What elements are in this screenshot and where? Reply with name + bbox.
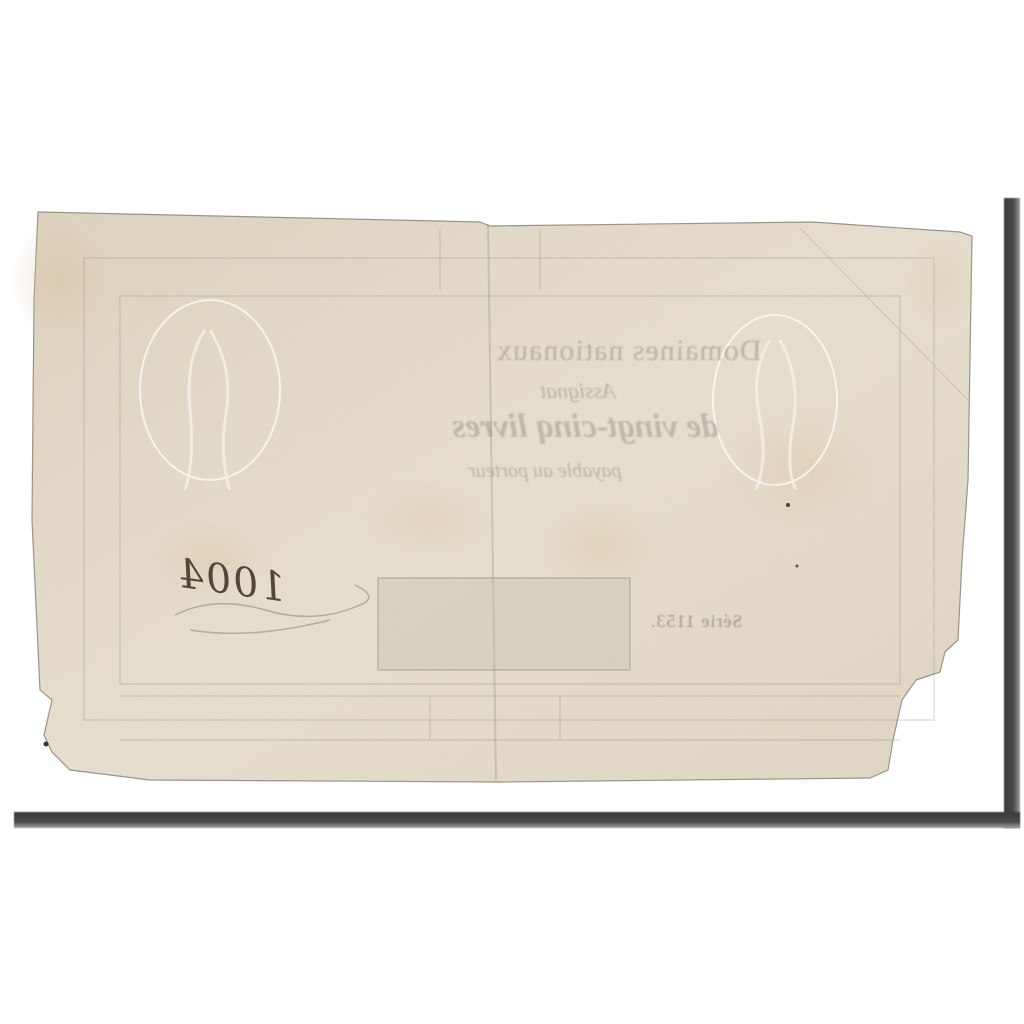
showthrough-line-assignat: Assignat <box>540 378 616 404</box>
showthrough-line-value: de vingt-cinq livres <box>452 408 718 446</box>
showthrough-line-domaines: Domaines nationaux <box>496 334 761 368</box>
series-number: Série 1153. <box>650 611 742 632</box>
seal-rectangle <box>378 578 630 670</box>
showthrough-line-payable: payable au porteur <box>468 460 621 483</box>
banknote: Domaines nationaux Assignat de vingt-cin… <box>0 0 1024 1024</box>
banknote-paper <box>0 0 1024 1024</box>
